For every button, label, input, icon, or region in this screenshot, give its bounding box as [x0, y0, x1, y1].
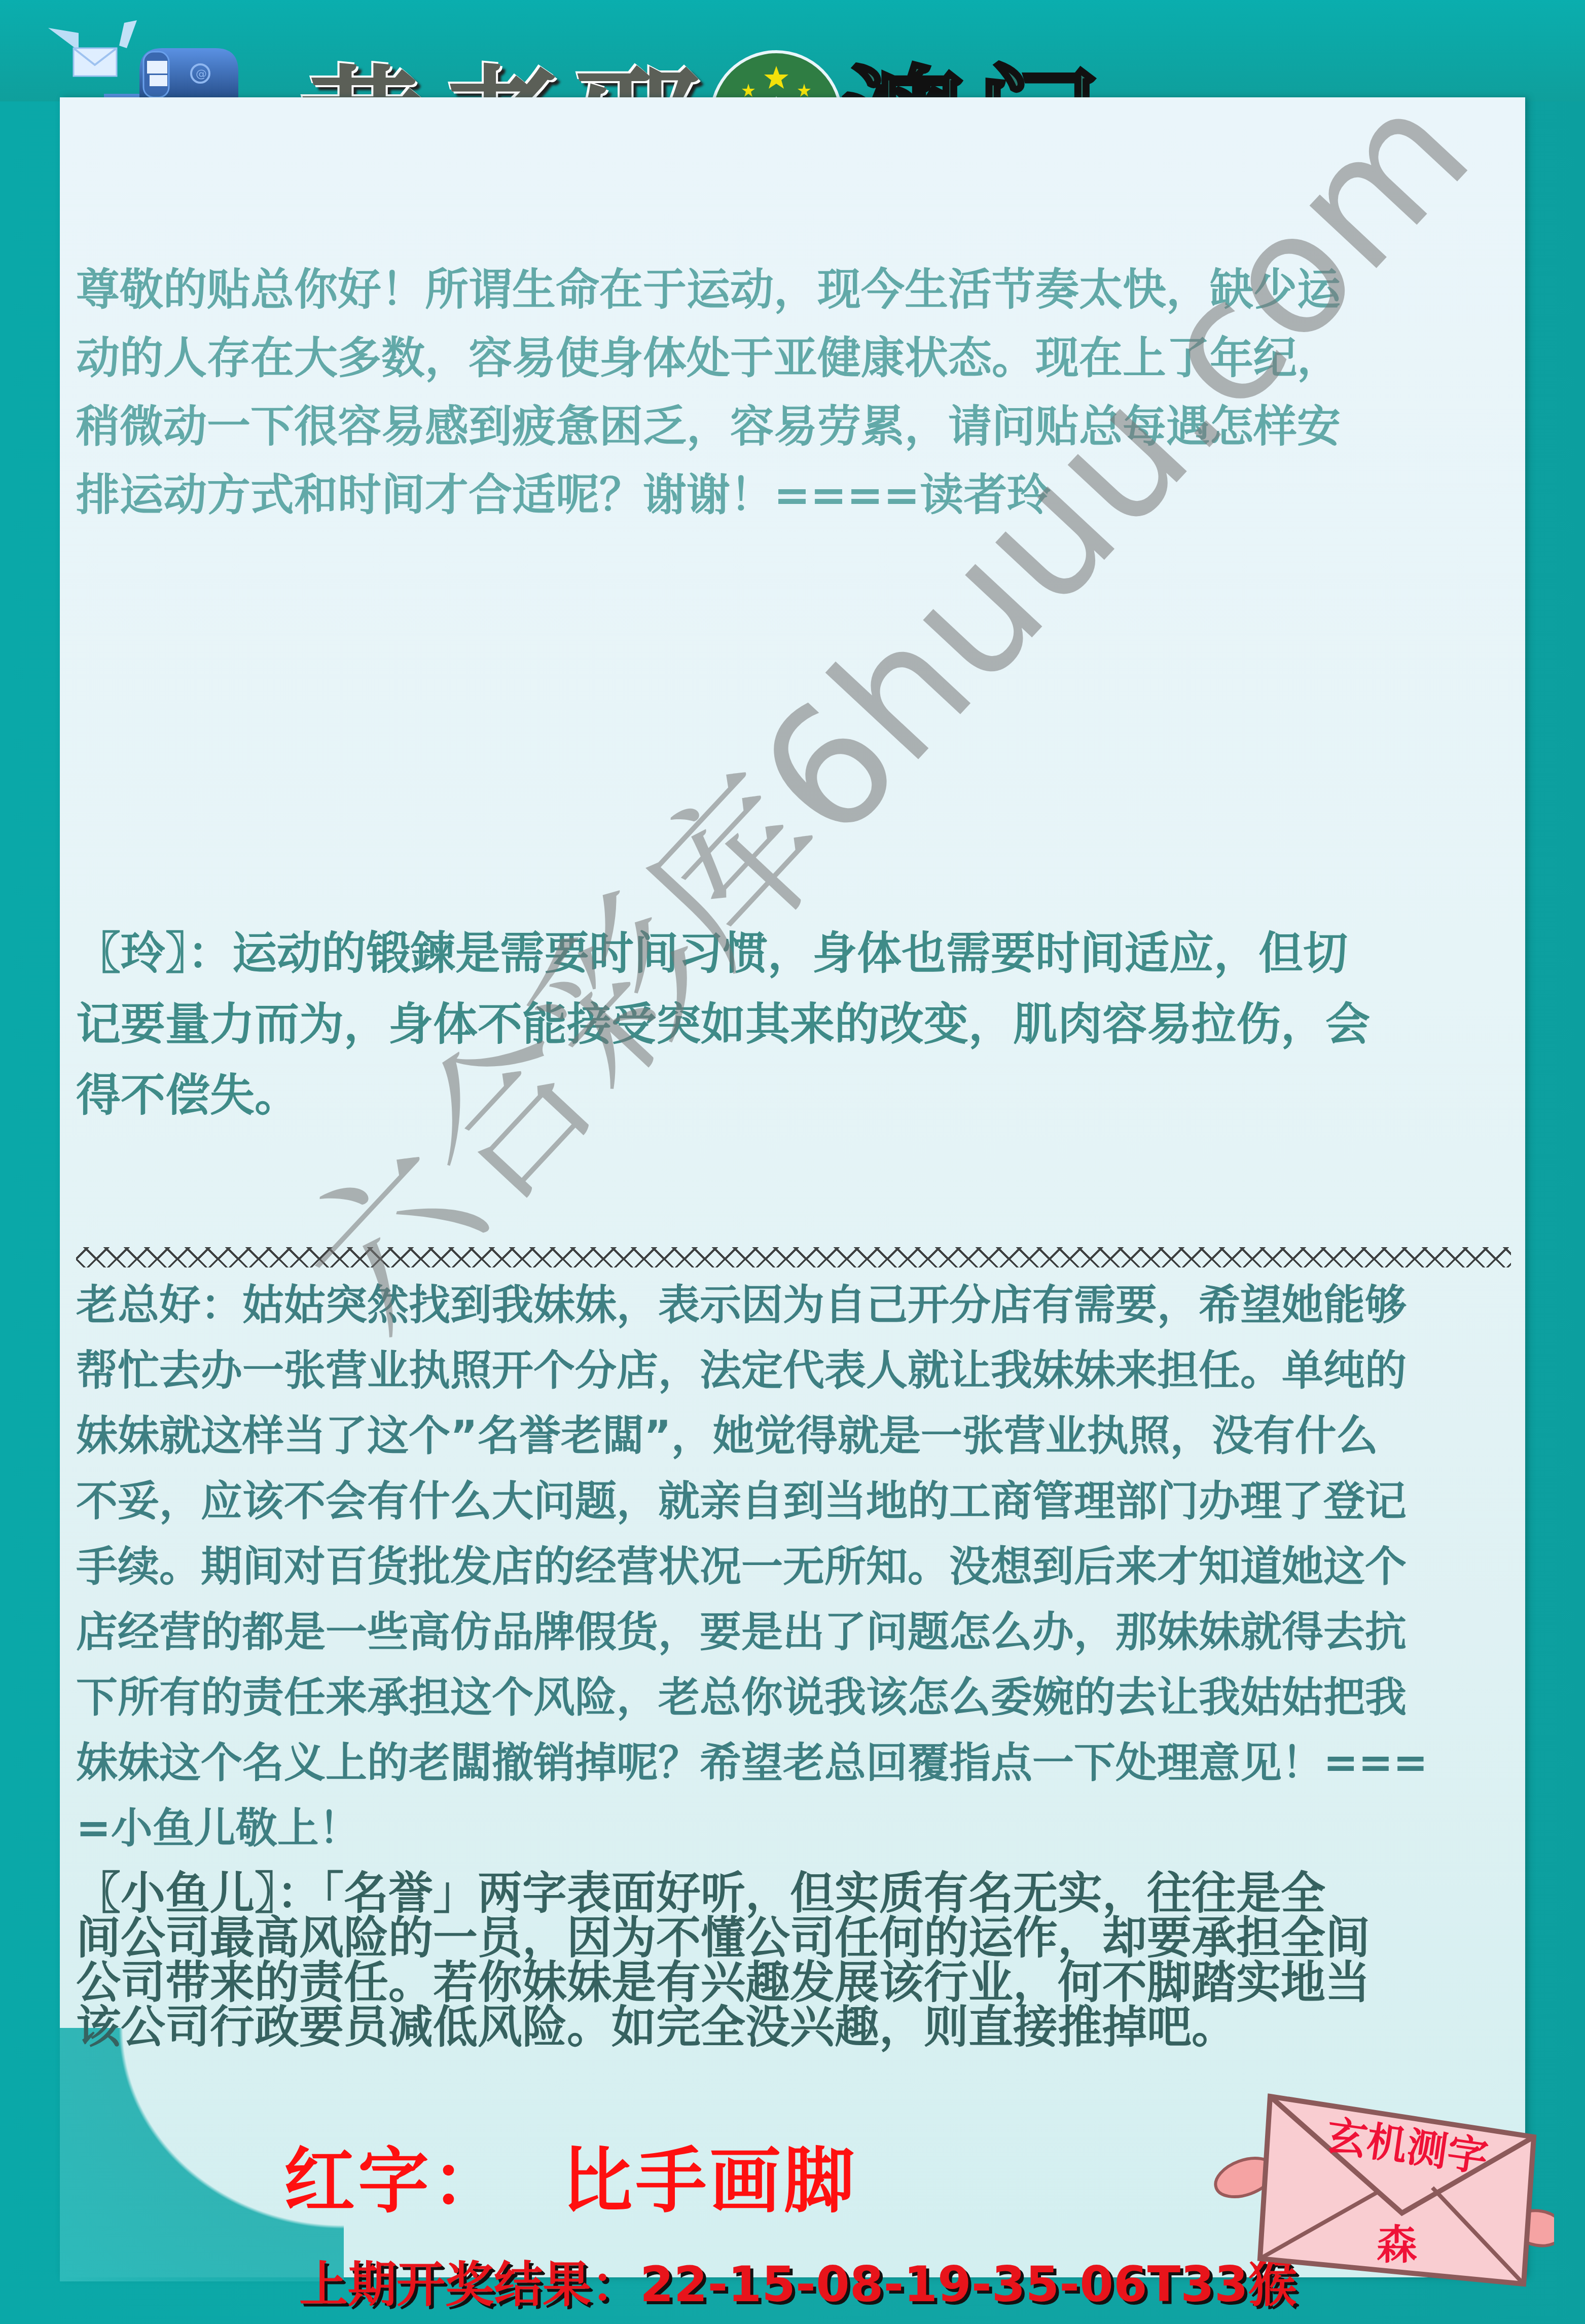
text-line: 记要量力而为，身体不能接受突如其来的改变，肌肉容易拉伤，会 — [76, 989, 1511, 1060]
text-line: 〖玲〗：运动的锻鍊是需要时间习惯，身体也需要时间适应，但切 — [76, 918, 1511, 989]
text-line: 不妥，应该不会有什么大问题，就亲自到当地的工商管理部门办理了登记 — [76, 1469, 1511, 1534]
text-line: 动的人存在大多数，容易使身体处于亚健康状态。现在上了年纪， — [76, 324, 1511, 393]
text-line: 帮忙去办一张营业执照开个分店，法定代表人就让我妹妹来担任。单纯的 — [76, 1338, 1511, 1403]
text-line: 该公司行政要员减低风险。如完全没兴趣，则直接推掉吧。 — [76, 2005, 1511, 2049]
text-line: 间公司最高风险的一员，因为不懂公司任何的运作，却要承担全间 — [76, 1915, 1511, 1960]
text-line: 稍微动一下很容易感到疲惫困乏，容易劳累，请问贴总每遇怎样安 — [76, 393, 1511, 461]
text-line: 手续。期间对百货批发店的经营状况一无所知。没想到后来才知道她这个 — [76, 1534, 1511, 1600]
text-line: 老总好：姑姑突然找到我妹妹，表示因为自己开分店有需要，希望她能够 — [76, 1273, 1511, 1338]
svg-text:森: 森 — [1377, 2221, 1417, 2268]
zigzag-divider — [76, 1247, 1511, 1267]
reader-question-2: 老总好：姑姑突然找到我妹妹，表示因为自己开分店有需要，希望她能够 帮忙去办一张营… — [76, 1273, 1511, 1861]
svg-text:@: @ — [196, 68, 207, 81]
flying-envelope-icon — [48, 20, 137, 76]
reader-question-1: 尊敬的贴总你好！所谓生命在于运动，现今生活节奏太快，缺少运 动的人存在大多数，容… — [76, 256, 1511, 530]
red-word: 红字： 比手画脚 — [284, 2124, 858, 2226]
text-line: 妹妹就这样当了这个”名誉老闆”，她觉得就是一张营业执照，没有什么 — [76, 1403, 1511, 1469]
text-line: 〖小鱼儿〗：「名誉」两字表面好听，但实质有名无实，往往是全 — [76, 1871, 1511, 1915]
answer-1: 〖玲〗：运动的锻鍊是需要时间习惯，身体也需要时间适应，但切 记要量力而为，身体不… — [76, 918, 1511, 1131]
last-draw-result: 上期开奖结果：22-15-08-19-35-06T33猴 — [299, 2246, 1297, 2315]
text-line: 店经营的都是一些高仿品牌假货，要是出了问题怎么办，那妹妹就得去抗 — [76, 1600, 1511, 1665]
text-line: 下所有的责任来承担这个风险，老总你说我该怎么委婉的去让我姑姑把我 — [76, 1665, 1511, 1730]
text-line: =小鱼儿敬上！ — [76, 1796, 1511, 1861]
last-result-value: 22-15-08-19-35-06T33猴 — [640, 2256, 1297, 2313]
winged-envelope-icon: 玄机测字 森 — [1209, 2076, 1554, 2289]
last-result-label: 上期开奖结果： — [299, 2256, 640, 2313]
text-line: 得不偿失。 — [76, 1060, 1511, 1131]
text-line: 妹妹这个名义上的老闆撤销掉呢？希望老总回覆指点一下处理意见！=== — [76, 1730, 1511, 1796]
red-word-label: 红字： — [284, 2140, 506, 2223]
answer-2: 〖小鱼儿〗：「名誉」两字表面好听，但实质有名无实，往往是全 间公司最高风险的一员… — [76, 1871, 1511, 2049]
text-line: 排运动方式和时间才合适呢？谢谢！====读者玲 — [76, 461, 1511, 530]
red-word-value: 比手画脚 — [562, 2140, 858, 2223]
text-line: 尊敬的贴总你好！所谓生命在于运动，现今生活节奏太快，缺少运 — [76, 256, 1511, 324]
text-line: 公司带来的责任。若你妹妹是有兴趣发展该行业，何不脚踏实地当 — [76, 1960, 1511, 2005]
